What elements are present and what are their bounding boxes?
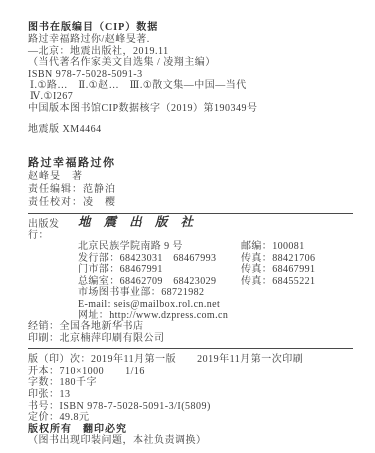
word-count-line: 字数：180千字 bbox=[28, 377, 353, 389]
book-block: 路过幸福路过你 赵峰旻 著 责任编辑：范静泊 责任校对：凌 樱 bbox=[28, 157, 353, 209]
edition-code: 地震版 XM4464 bbox=[28, 124, 353, 135]
contact-row-market-dept: 市场图书事业部：68721982 bbox=[28, 287, 353, 298]
cip-isbn-line: ISBN 978-7-5028-5091-3 bbox=[28, 69, 353, 80]
empty-cell bbox=[241, 299, 353, 310]
contact-row-website: 网址：http://www.dzpress.com.cn bbox=[28, 310, 353, 321]
email-text: E-mail: seis@mailbox.rol.cn.net bbox=[78, 299, 241, 310]
contact-row-distribution-dept: 发行部：68423031 68467993 传真：88421706 bbox=[28, 253, 353, 264]
market-dept-phone: 市场图书事业部：68721982 bbox=[78, 287, 241, 298]
price-line: 定价：49.8元 bbox=[28, 412, 353, 424]
address-text: 北京民族学院南路 9 号 bbox=[78, 241, 241, 252]
divider-bottom bbox=[28, 348, 353, 349]
sheets-line: 印张：13 bbox=[28, 389, 353, 401]
fax-text: 传真：68455221 bbox=[241, 276, 353, 287]
publisher-head-row: 出版发行： 地 震 出 版 社 bbox=[28, 218, 353, 242]
author-line: 赵峰旻 著 bbox=[28, 170, 353, 183]
fax-text: 传真：88421706 bbox=[241, 253, 353, 264]
contact-row-editorial-office: 总编室：68462709 68423029 传真：68455221 bbox=[28, 276, 353, 287]
cip-publisher-line: —北京：地震出版社，2019.11 bbox=[28, 46, 353, 57]
website-text: 网址：http://www.dzpress.com.cn bbox=[78, 310, 241, 321]
contact-row-retail-dept: 门市部：68467991 传真：68467991 bbox=[28, 264, 353, 275]
distribution-dept-phone: 发行部：68423031 68467993 bbox=[78, 253, 241, 264]
editor-line: 责任编辑：范静泊 bbox=[28, 183, 353, 196]
cip-class-number-line: Ⅳ.①I267 bbox=[28, 91, 353, 102]
cip-series-line: （当代著名作家美文自选集 / 凌翔主编） bbox=[28, 57, 353, 68]
copyright-notice: 版权所有 翻印必究 bbox=[28, 424, 353, 436]
divider-top bbox=[28, 213, 353, 214]
publisher-block: 出版发行： 地 震 出 版 社 北京民族学院南路 9 号 邮编：100081 发… bbox=[28, 218, 353, 344]
cip-classification-line: Ⅰ.①路… Ⅱ.①赵… Ⅲ.①散文集—中国—当代 bbox=[28, 80, 353, 91]
postcode-text: 邮编：100081 bbox=[241, 241, 353, 252]
book-title: 路过幸福路过你 bbox=[28, 157, 353, 170]
editorial-office-phone: 总编室：68462709 68423029 bbox=[78, 276, 241, 287]
empty-cell bbox=[241, 287, 353, 298]
empty-cell bbox=[241, 310, 353, 321]
printing-line: 印刷：北京楠萍印刷有限公司 bbox=[28, 333, 353, 344]
contact-row-address: 北京民族学院南路 9 号 邮编：100081 bbox=[28, 241, 353, 252]
copyright-page: 图书在版编目（CIP）数据 路过幸福路过你/赵峰旻著. —北京：地震出版社，20… bbox=[0, 0, 375, 453]
publisher-logo-text: 地 震 出 版 社 bbox=[78, 217, 198, 228]
cip-block: 图书在版编目（CIP）数据 路过幸福路过你/赵峰旻著. —北京：地震出版社，20… bbox=[28, 22, 353, 114]
publish-distribute-label: 出版发行： bbox=[28, 219, 78, 242]
contact-row-email: E-mail: seis@mailbox.rol.cn.net bbox=[28, 299, 353, 310]
edition-printing-line: 版（印）次：2019年11月第一版 2019年11月第一次印刷 bbox=[28, 354, 353, 366]
fax-text: 传真：68467991 bbox=[241, 264, 353, 275]
format-line: 开本：710×1000 1/16 bbox=[28, 366, 353, 378]
print-info-block: 版（印）次：2019年11月第一版 2019年11月第一次印刷 开本：710×1… bbox=[28, 354, 353, 447]
distribution-line: 经销：全国各地新华书店 bbox=[28, 321, 353, 332]
proofreader-line: 责任校对：凌 樱 bbox=[28, 196, 353, 209]
exchange-note: （图书出现印装问题，本社负责调换） bbox=[28, 435, 353, 447]
retail-dept-phone: 门市部：68467991 bbox=[78, 264, 241, 275]
cip-heading: 图书在版编目（CIP）数据 bbox=[28, 22, 353, 33]
cip-title-line: 路过幸福路过你/赵峰旻著. bbox=[28, 34, 353, 45]
book-number-line: 书号：ISBN 978-7-5028-5091-3/I(5809) bbox=[28, 401, 353, 413]
cip-record-number-line: 中国版本图书馆CIP数据核字（2019）第190349号 bbox=[28, 103, 353, 114]
